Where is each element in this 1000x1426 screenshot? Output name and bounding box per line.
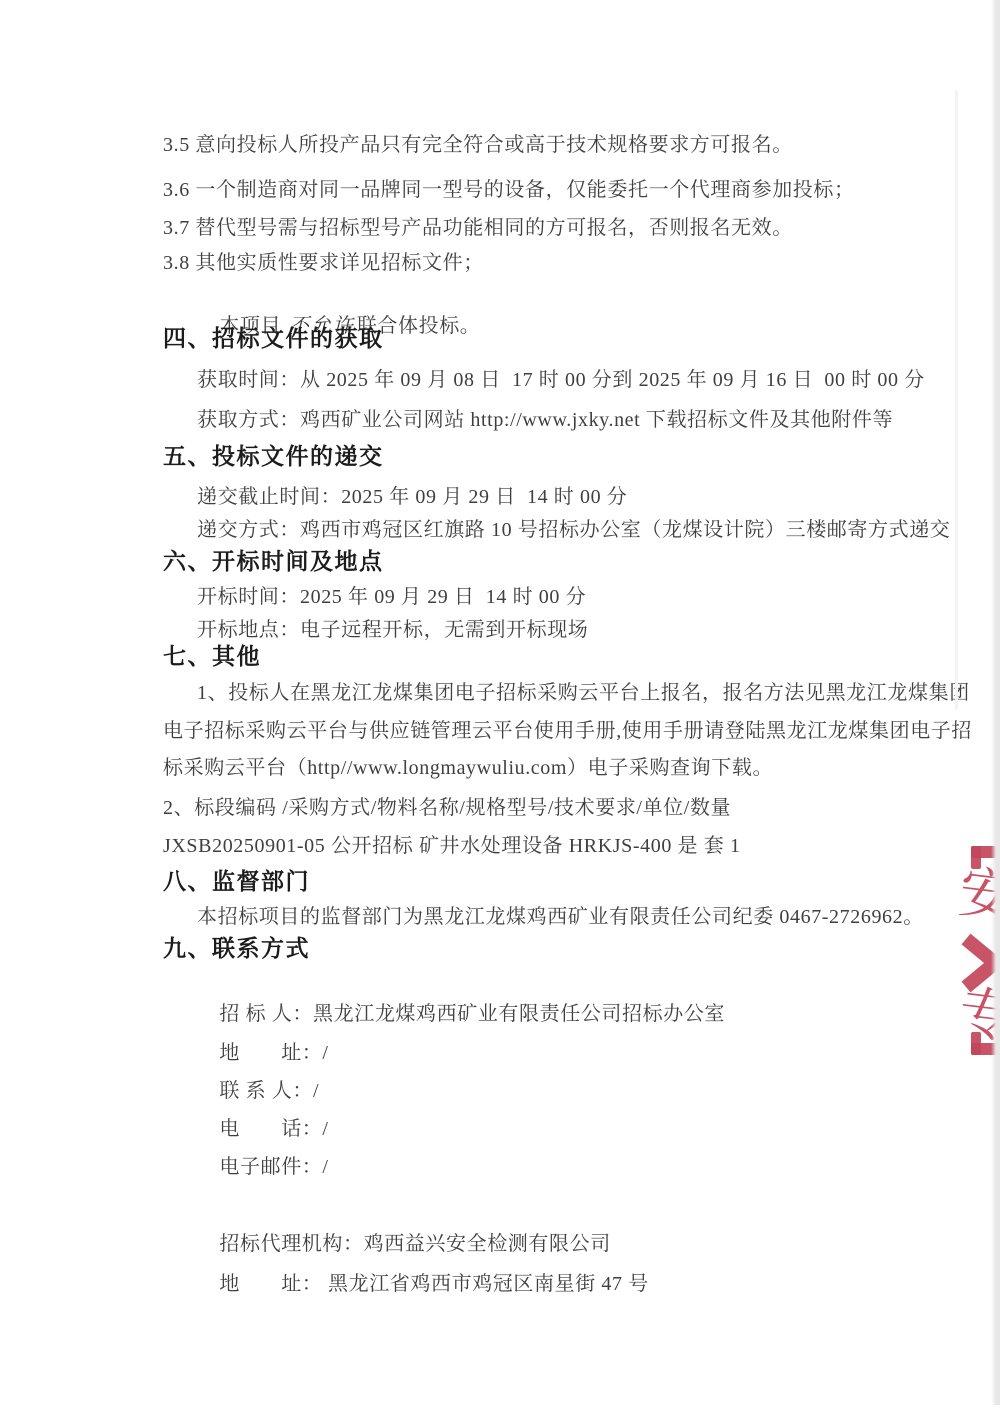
agency-address-label: 地 址： bbox=[219, 1273, 322, 1295]
section-8-supervision-line: 本招标项目的监督部门为黑龙江龙煤鸡西矿业有限责任公司纪委 0467-272696… bbox=[197, 904, 924, 930]
section-4-obtain-method: 获取方式：鸡西矿业公司网站 http://www.jxky.net 下载招标文件… bbox=[197, 407, 893, 433]
section-6-open-place: 开标地点：电子远程开标，无需到开标现场 bbox=[197, 617, 588, 643]
agency-address-line: 地 址： 黑龙江省鸡西市鸡冠区南星街 47 号 bbox=[197, 1245, 649, 1323]
section-5-method: 递交方式：鸡西市鸡冠区红旗路 10 号招标办公室（龙煤设计院）三楼邮寄方式递交 bbox=[197, 517, 950, 543]
section-5-deadline: 递交截止时间：2025 年 09 月 29 日 14 时 00 分 bbox=[197, 484, 627, 510]
section-5-heading: 五、投标文件的递交 bbox=[163, 441, 384, 471]
scan-streak-artifact bbox=[955, 90, 958, 710]
section-6-heading: 六、开标时间及地点 bbox=[163, 546, 384, 576]
contact-tenderer-value: 黑龙江龙煤鸡西矿业有限责任公司招标办公室 bbox=[313, 1003, 725, 1025]
clause-3-6: 3.6 一个制造商对同一品牌同一型号的设备，仅能委托一个代理商参加投标； bbox=[163, 177, 855, 203]
clause-3-7: 3.7 替代型号需与招标型号产品功能相同的方可报名，否则报名无效。 bbox=[163, 215, 793, 241]
clause-3-8: 3.8 其他实质性要求详见招标文件； bbox=[163, 250, 484, 276]
section-7-heading: 七、其他 bbox=[163, 641, 261, 671]
agency-address-value: 黑龙江省鸡西市鸡冠区南星街 47 号 bbox=[322, 1273, 648, 1295]
scan-edge-shadow bbox=[991, 0, 1000, 1405]
contact-email-value: / bbox=[322, 1156, 328, 1178]
contact-address-value: / bbox=[322, 1042, 328, 1064]
section-7-para3-lot-info: JXSB20250901-05 公开招标 矿井水处理设备 HRKJS-400 是… bbox=[163, 833, 741, 859]
contact-email-label: 电子邮件： bbox=[219, 1156, 322, 1178]
contact-email: 电子邮件：/ bbox=[197, 1128, 329, 1206]
section-8-heading: 八、监督部门 bbox=[163, 866, 310, 896]
section-4-heading: 四、招标文件的获取 bbox=[163, 323, 384, 353]
section-6-open-time: 开标时间：2025 年 09 月 29 日 14 时 00 分 bbox=[197, 584, 586, 610]
section-7-para1-line3: 标采购云平台（http//www.longmaywuliu.com）电子采购查询… bbox=[163, 755, 773, 781]
scanned-tender-notice-page: 3.5 意向投标人所投产品只有完全符合或高于技术规格要求方可报名。 3.6 一个… bbox=[0, 0, 1000, 1426]
section-9-heading: 九、联系方式 bbox=[163, 933, 310, 963]
section-7-para2: 2、标段编码 /采购方式/物料名称/规格型号/技术要求/单位/数量 bbox=[163, 795, 731, 821]
clause-3-5: 3.5 意向投标人所投产品只有完全符合或高于技术规格要求方可报名。 bbox=[163, 132, 793, 158]
section-4-obtain-time: 获取时间：从 2025 年 09 月 08 日 17 时 00 分到 2025 … bbox=[197, 367, 925, 393]
section-7-para1-line2: 电子招标采购云平台与供应链管理云平台使用手册,使用手册请登陆黑龙江龙煤集团电子招 bbox=[163, 718, 972, 744]
section-7-para1-line1: 1、投标人在黑龙江龙煤集团电子招标采购云平台上报名，报名方法见黑龙江龙煤集团 bbox=[197, 680, 970, 706]
